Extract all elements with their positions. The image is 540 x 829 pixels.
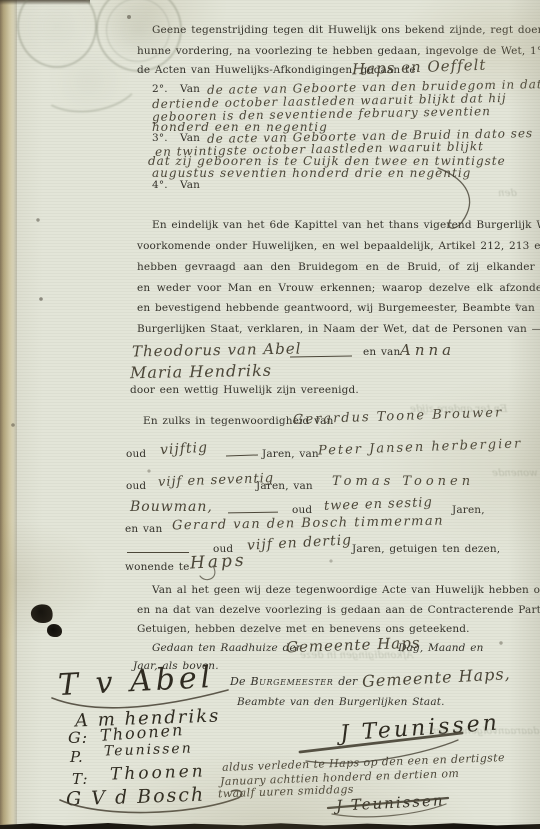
- ink-blot: [47, 624, 62, 637]
- signature-initial: G:: [68, 728, 88, 747]
- signature-witness: G V d Bosch: [66, 784, 206, 811]
- printed-title-line: De Burgemeester der: [230, 675, 357, 688]
- word-der: der: [338, 675, 357, 688]
- handwritten-age: twee en sestig: [324, 495, 433, 514]
- bleedthrough-text: daaraanvolgende den: [430, 726, 539, 737]
- item-word: Van: [180, 179, 200, 191]
- handwritten-place-fill: Gemeente Haps,: [362, 664, 511, 691]
- signature-witness: Thoonen: [110, 761, 206, 784]
- handwritten-bride-name: Anna: [400, 341, 455, 359]
- signature-groom: T v Abel: [57, 660, 215, 703]
- printed-line: en bevestigend hebbende geantwoord, wij …: [137, 302, 540, 314]
- handwritten-bride-name: Maria Hendriks: [130, 361, 272, 382]
- printed-word: en van: [125, 523, 162, 535]
- item-word: Van: [180, 83, 200, 95]
- printed-word: Jaren, van: [262, 448, 319, 460]
- filled-dash-rule: [127, 552, 189, 553]
- handwritten-age: vijf en dertig: [247, 532, 353, 553]
- filled-dash-rule: [226, 454, 258, 456]
- bleedthrough-text: wonende: [492, 468, 538, 479]
- scanned-marriage-act-page: Geene tegenstrijding tegen dit Huwelijk …: [0, 0, 540, 829]
- handwritten-place: Haps: [190, 551, 248, 574]
- handwritten-witness-name: Peter Jansen herbergier: [318, 436, 523, 458]
- word-de: De: [230, 675, 246, 688]
- filled-dash-rule: [228, 512, 278, 514]
- handwritten-line: augustus seventien honderd drie en negen…: [152, 166, 471, 180]
- filled-dash-rule: [290, 355, 352, 357]
- handwritten-witness-name: Bouwman,: [130, 499, 213, 515]
- page-bottom-edge: [0, 820, 540, 829]
- bleedthrough-text: Afkondigingen in deze: [300, 650, 413, 661]
- printed-word: oud: [292, 504, 312, 516]
- printed-line: voorkomende onder Huwelijken, en wel bep…: [137, 240, 540, 252]
- handwritten-place-fill: Haps en Oeffelt: [352, 56, 487, 79]
- printed-word: Jaren, van: [256, 480, 313, 492]
- bleedthrough-text: En ter andere zijde: [410, 404, 507, 415]
- printed-line: hebben gevraagd aan den Bruidegom en de …: [137, 261, 540, 273]
- handwritten-groom-name: Theodorus van Abel: [132, 340, 302, 361]
- printed-line: Geene tegenstrijding tegen dit Huwelijk …: [152, 24, 540, 36]
- signature-witness: Teunissen: [104, 740, 193, 759]
- item-number: 2°.: [152, 83, 168, 95]
- item-number: 3°.: [152, 132, 168, 144]
- printed-line: Van al het geen wij deze tegenwoordige A…: [152, 584, 540, 596]
- printed-line: Jaren, getuigen ten dezen,: [352, 543, 500, 555]
- item-word: Van: [180, 132, 200, 144]
- handwritten-witness-name: Tomas Toonen: [332, 474, 474, 489]
- printed-word: wonende te: [125, 561, 189, 573]
- printed-line-italic: Gedaan ten Raadhuize der: [152, 642, 301, 654]
- item-number: 4°.: [152, 179, 168, 191]
- dust-specks: [0, 0, 2, 2]
- printed-word: Jaren,: [452, 504, 485, 516]
- printed-word: oud: [126, 448, 146, 460]
- printed-line: en weder voor Man en Vrouw erkennen; waa…: [137, 282, 540, 294]
- handwritten-witness-name: Gerard van den Bosch timmerman: [172, 514, 444, 534]
- printed-line: door een wettig Huwelijk zijn vereenigd.: [130, 384, 359, 396]
- book-binding-edge: [0, 0, 17, 829]
- printed-conjunction: en van: [363, 346, 400, 358]
- word-burgemeester: Burgemeester: [251, 675, 334, 688]
- signature-initial: T:: [72, 770, 89, 788]
- signature-initial: P.: [70, 748, 84, 766]
- bleedthrough-text: den: [498, 188, 517, 199]
- printed-word: oud: [126, 480, 146, 492]
- printed-title-line: Beambte van den Burgerlijken Staat.: [237, 696, 445, 708]
- printed-line: en na dat van dezelve voorlezing is geda…: [137, 604, 540, 616]
- handwritten-age: vijftig: [160, 440, 209, 458]
- printed-line: Burgerlijken Staat, verklaren, in Naam d…: [137, 323, 540, 335]
- ink-blot: [29, 602, 55, 626]
- printed-line: En eindelijk van het 6de Kapittel van he…: [152, 219, 540, 231]
